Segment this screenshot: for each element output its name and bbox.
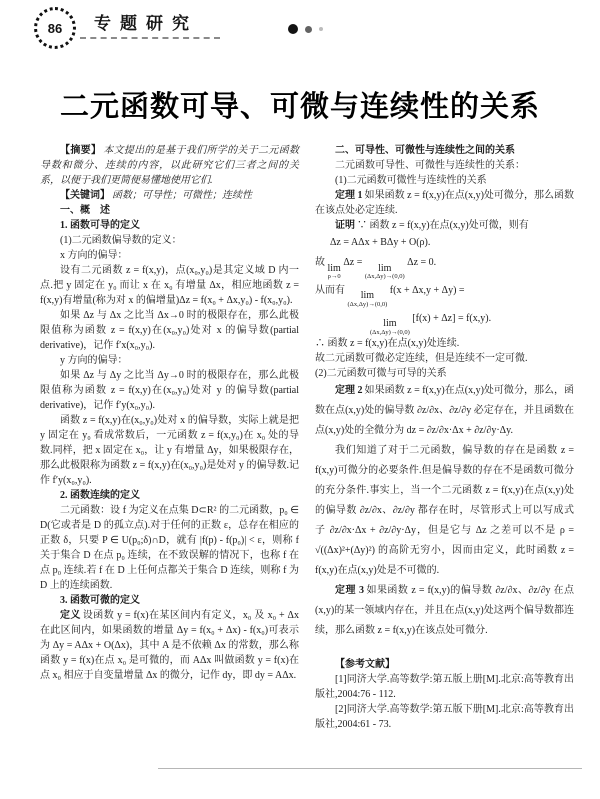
- paragraph: 如果 Δz 与 Δx 之比当 Δx→0 时的极限存在，那么此极限值称为函数 z …: [40, 308, 299, 353]
- limit-expression: limρ→0: [328, 264, 341, 281]
- formula-line: Δz = AΔx + BΔy + O(ρ).: [315, 233, 574, 253]
- article-title: 二元函数可导、可微与连续性的关系: [24, 84, 576, 125]
- paragraph: (1)二元函数偏导数的定义：: [40, 233, 299, 248]
- limit-expression: lim(Δx,Δy)→(0,0): [348, 291, 388, 308]
- reference-item: [2]同济大学.高等数学:第五版下册[M].北京:高等教育出版社,2004:61…: [315, 702, 574, 732]
- theorem-label: 定理 1: [335, 190, 363, 201]
- left-column: 【摘要】本文提出的是基于我们所学的关于二元函数导数和微分、连续的内容，以此研究它…: [40, 143, 299, 732]
- theorem-label: 定理 3: [335, 585, 364, 596]
- bottom-rule: [158, 768, 582, 769]
- paragraph: x 方向的偏导：: [40, 248, 299, 263]
- section-heading: 二、可导性、可微性与连续性之间的关系: [315, 143, 574, 158]
- paragraph: ∴ 函数 z = f(x,y)在点(x,y)处连续.: [315, 336, 574, 351]
- paragraph: y 方向的偏导：: [40, 353, 299, 368]
- page-header: 86 专题研究: [0, 0, 600, 56]
- abstract-label: 【摘要】: [60, 145, 101, 156]
- page-number-badge: 86: [34, 7, 76, 49]
- subsection-heading: 2. 函数连续的定义: [40, 488, 299, 503]
- lim-subscript: (Δx,Δy)→(0,0): [365, 274, 405, 281]
- keywords-label: 【关键词】: [60, 190, 110, 201]
- formula-line: 从而有 lim(Δx,Δy)→(0,0) f(x + Δx,y + Δy) =: [315, 281, 574, 309]
- formula-line: 故 limρ→0 Δz = lim(Δx,Δy)→(0,0) Δz = 0.: [315, 253, 574, 281]
- formula-line: lim(Δx,Δy)→(0,0) [f(x) + Δz] = f(x,y).: [315, 309, 574, 337]
- paragraph: 如果 Δz 与 Δy 之比当 Δy→0 时的极限存在，那么此极限值称为函数 z …: [40, 368, 299, 413]
- lim-subscript: (Δx,Δy)→(0,0): [370, 330, 410, 337]
- dot-icon: [305, 26, 312, 33]
- paragraph: 二元函数可导性、可微性与连续性的关系：: [315, 158, 574, 173]
- decorative-dots: [288, 24, 323, 34]
- abstract-paragraph: 【摘要】本文提出的是基于我们所学的关于二元函数导数和微分、连续的内容，以此研究它…: [40, 143, 299, 188]
- proof-paragraph: 证明∵ 函数 z = f(x,y)在点(x,y)处可微，则有: [315, 218, 574, 233]
- definition-paragraph: 定义设函数 y = f(x)在某区间内有定义，x₀ 及 x₀ + Δx 在此区间…: [40, 608, 299, 683]
- limit-expression: lim(Δx,Δy)→(0,0): [370, 319, 410, 336]
- page-number: 86: [48, 21, 62, 36]
- formula-text: f(x + Δx,y + Δy) =: [387, 285, 464, 296]
- subsection-heading: 3. 函数可微的定义: [40, 593, 299, 608]
- paragraph: 设有二元函数 z = f(x,y)，点(x₀,y₀)是其定义域 D 内一点.把 …: [40, 263, 299, 308]
- subsection-heading: 1. 函数可导的定义: [40, 218, 299, 233]
- limit-expression: lim(Δx,Δy)→(0,0): [365, 264, 405, 281]
- section-heading: 一、概 述: [40, 203, 299, 218]
- proof-label: 证明: [335, 220, 355, 231]
- lim-subscript: (Δx,Δy)→(0,0): [348, 302, 388, 309]
- header-dashed-rule: [80, 37, 220, 39]
- formula-text: [f(x) + Δz] = f(x,y).: [410, 313, 491, 324]
- theorem-paragraph: 定理 2如果函数 z = f(x,y)在点(x,y)处可微分，那么，函数在点(x…: [315, 381, 574, 441]
- formula-text: 从而有: [315, 285, 348, 296]
- theorem-paragraph: 定理 1如果函数 z = f(x,y)在点(x,y)处可微分，那么函数在该点处必…: [315, 188, 574, 218]
- lim-subscript: ρ→0: [328, 274, 341, 281]
- paragraph: 我们知道了对于二元函数，偏导数的存在是函数 z = f(x,y)可微分的必要条件…: [315, 441, 574, 581]
- paragraph: (2)二元函数可微与可导的关系: [315, 366, 574, 381]
- paragraph: 二元函数：设 f 为定义在点集 D⊂R² 的二元函数，p₀ ∈ D(它或者是 D…: [40, 503, 299, 593]
- definition-label: 定义: [60, 610, 81, 621]
- formula-text: Δz =: [341, 257, 365, 268]
- article-body: 【摘要】本文提出的是基于我们所学的关于二元函数导数和微分、连续的内容，以此研究它…: [0, 143, 600, 732]
- keywords-text: 函数；可导性；可微性；连续性: [112, 190, 252, 201]
- column-header-label: 专题研究: [94, 9, 198, 34]
- paragraph: 函数 z = f(x,y)在(x₀,y₀)处对 x 的偏导数，实际上就是把 y …: [40, 413, 299, 488]
- dot-icon: [288, 24, 298, 34]
- formula-text: Δz = 0.: [405, 257, 437, 268]
- dot-icon: [319, 27, 323, 31]
- proof-text: ∵ 函数 z = f(x,y)在点(x,y)处可微，则有: [357, 220, 529, 231]
- right-column: 二、可导性、可微性与连续性之间的关系 二元函数可导性、可微性与连续性的关系： (…: [315, 143, 574, 732]
- paragraph: 故二元函数可微必定连续，但是连续不一定可微.: [315, 351, 574, 366]
- references-heading: 【参考文献】: [315, 657, 574, 672]
- paragraph: (1)二元函数可微性与连续性的关系: [315, 173, 574, 188]
- keywords-paragraph: 【关键词】函数；可导性；可微性；连续性: [40, 188, 299, 203]
- reference-item: [1]同济大学.高等数学:第五版上册[M].北京:高等教育出版社,2004:76…: [315, 672, 574, 702]
- theorem-label: 定理 2: [335, 385, 363, 396]
- formula-text: 故: [315, 257, 328, 268]
- theorem-paragraph: 定理 3如果函数 z = f(x,y)的偏导数 ∂z/∂x、∂z/∂y 在点(x…: [315, 581, 574, 641]
